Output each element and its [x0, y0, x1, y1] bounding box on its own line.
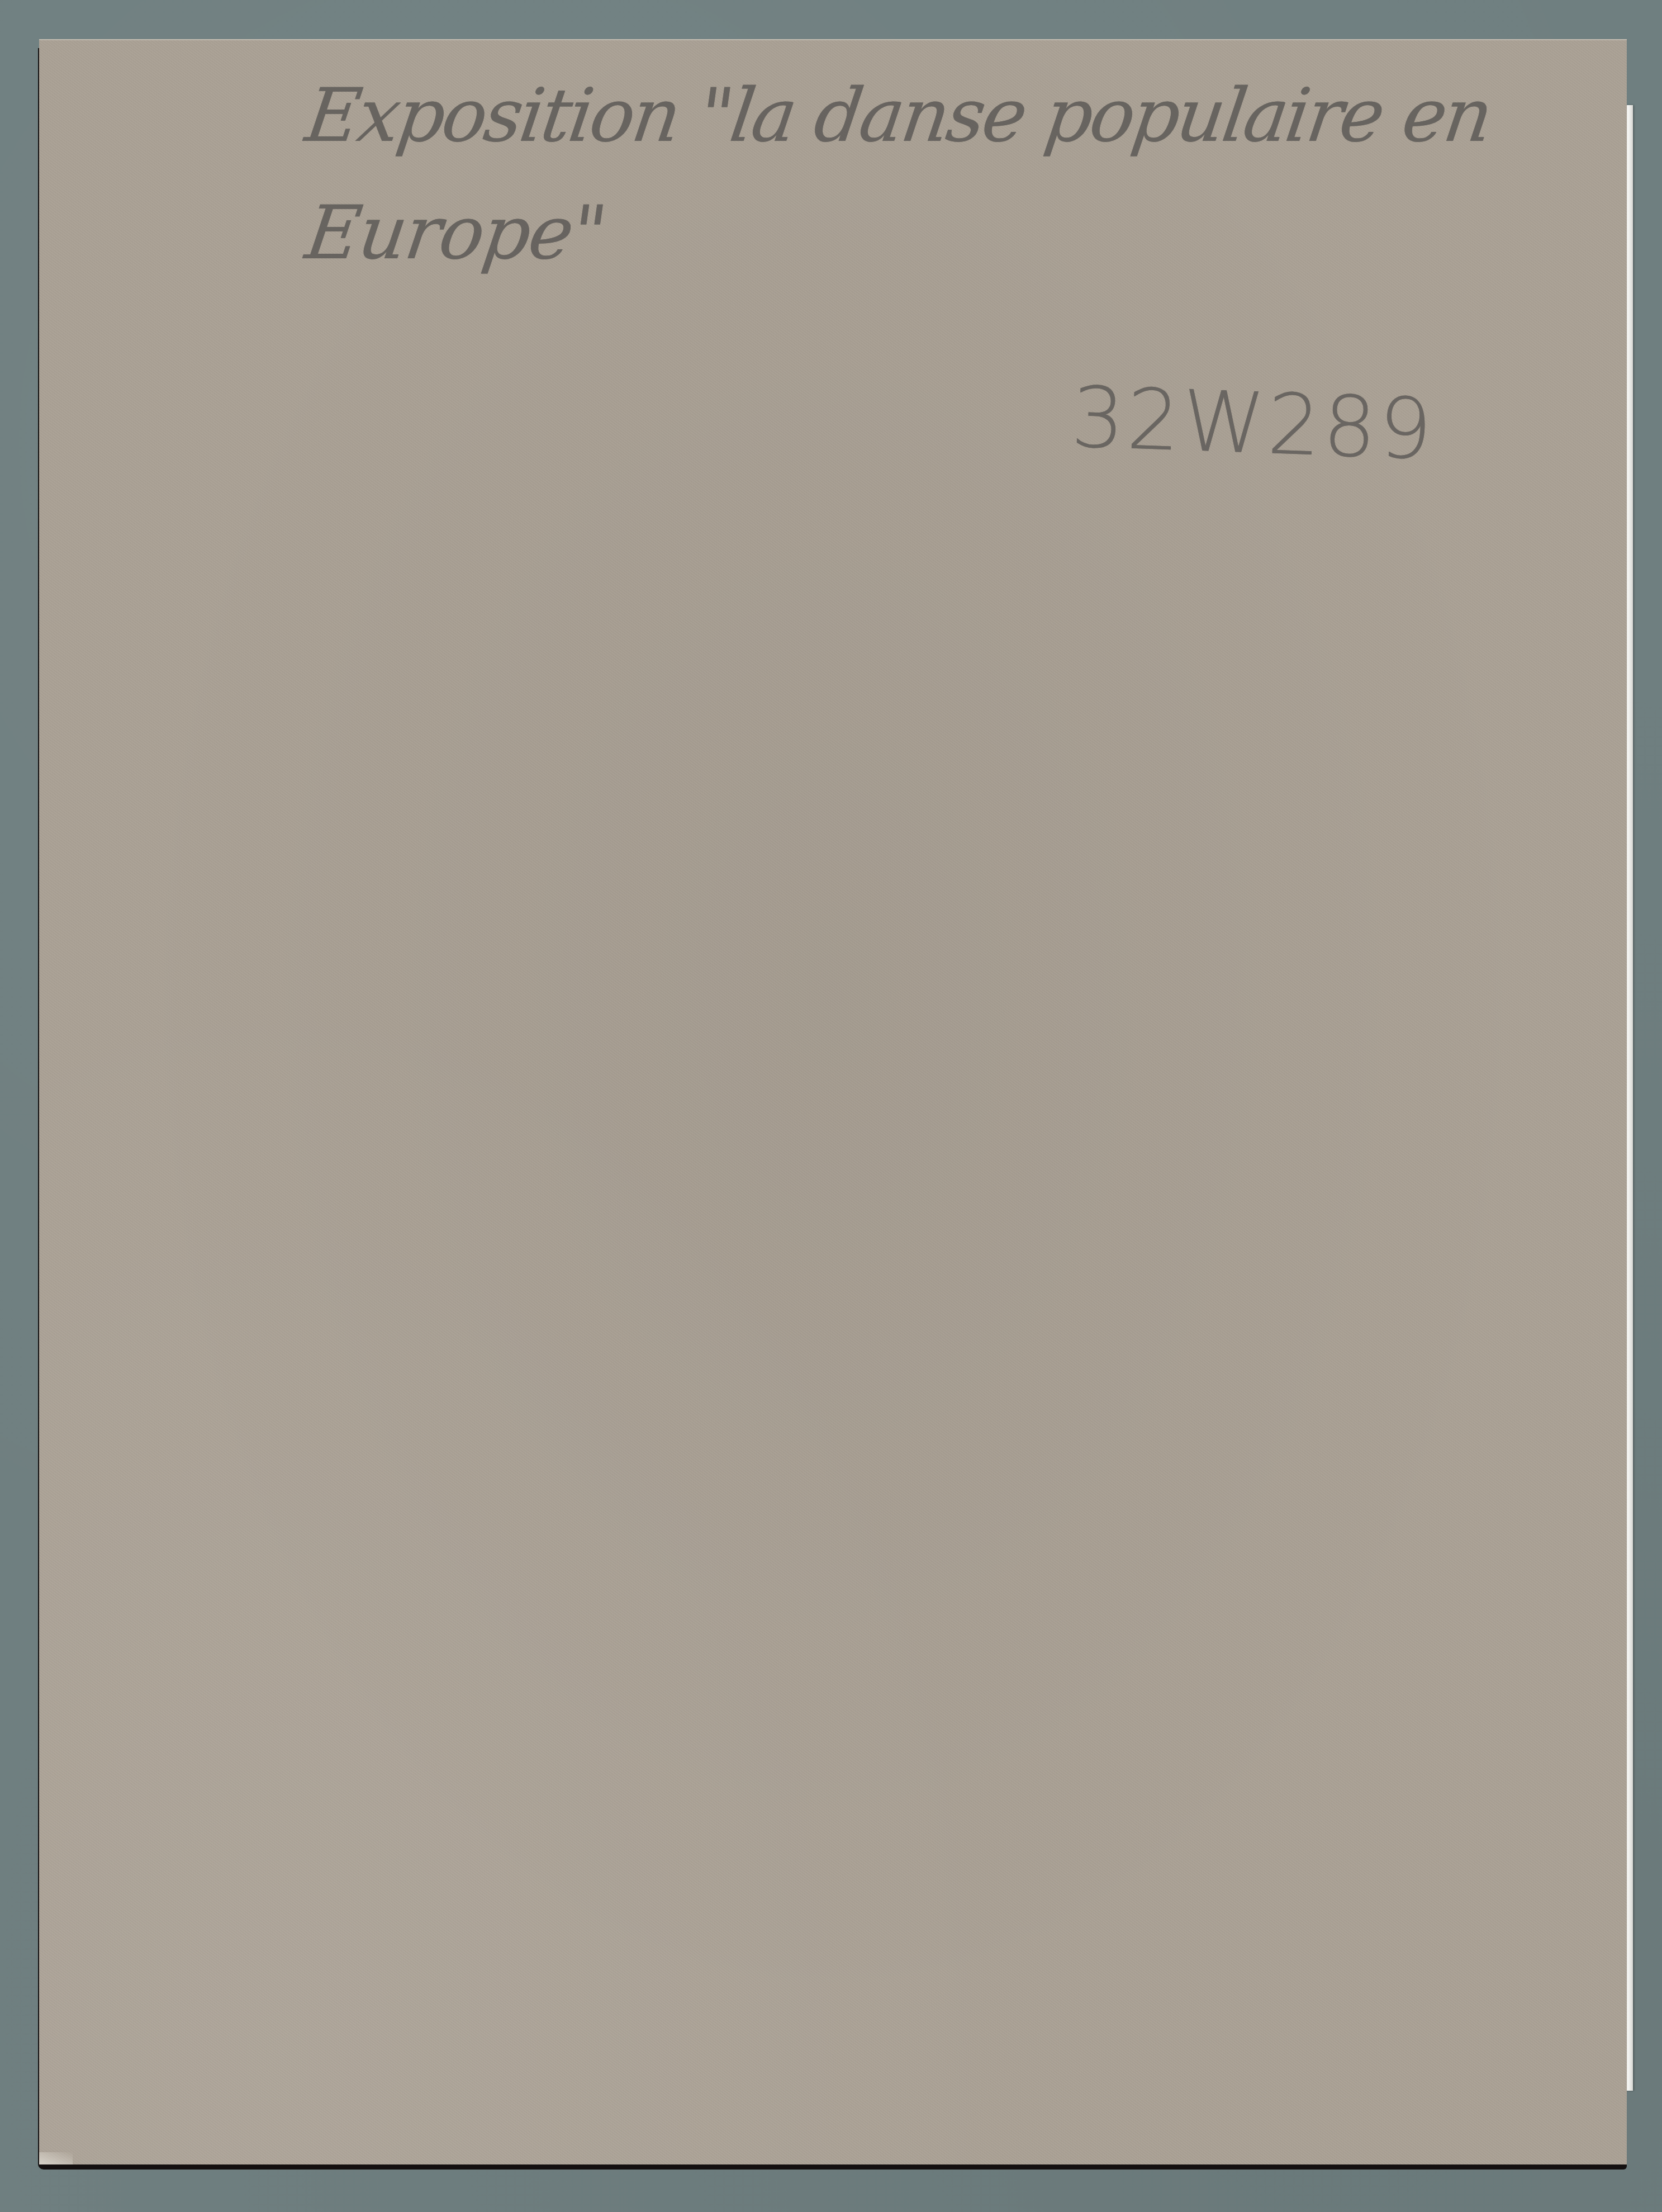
handwritten-catalog-number: 32W289: [1070, 369, 1436, 479]
handwritten-title-line-2: Europe": [301, 190, 611, 276]
folder-cover: [39, 39, 1627, 2164]
handwritten-title-line-1: Exposition "la danse populaire en: [301, 73, 1496, 159]
corner-wear: [39, 2152, 73, 2164]
